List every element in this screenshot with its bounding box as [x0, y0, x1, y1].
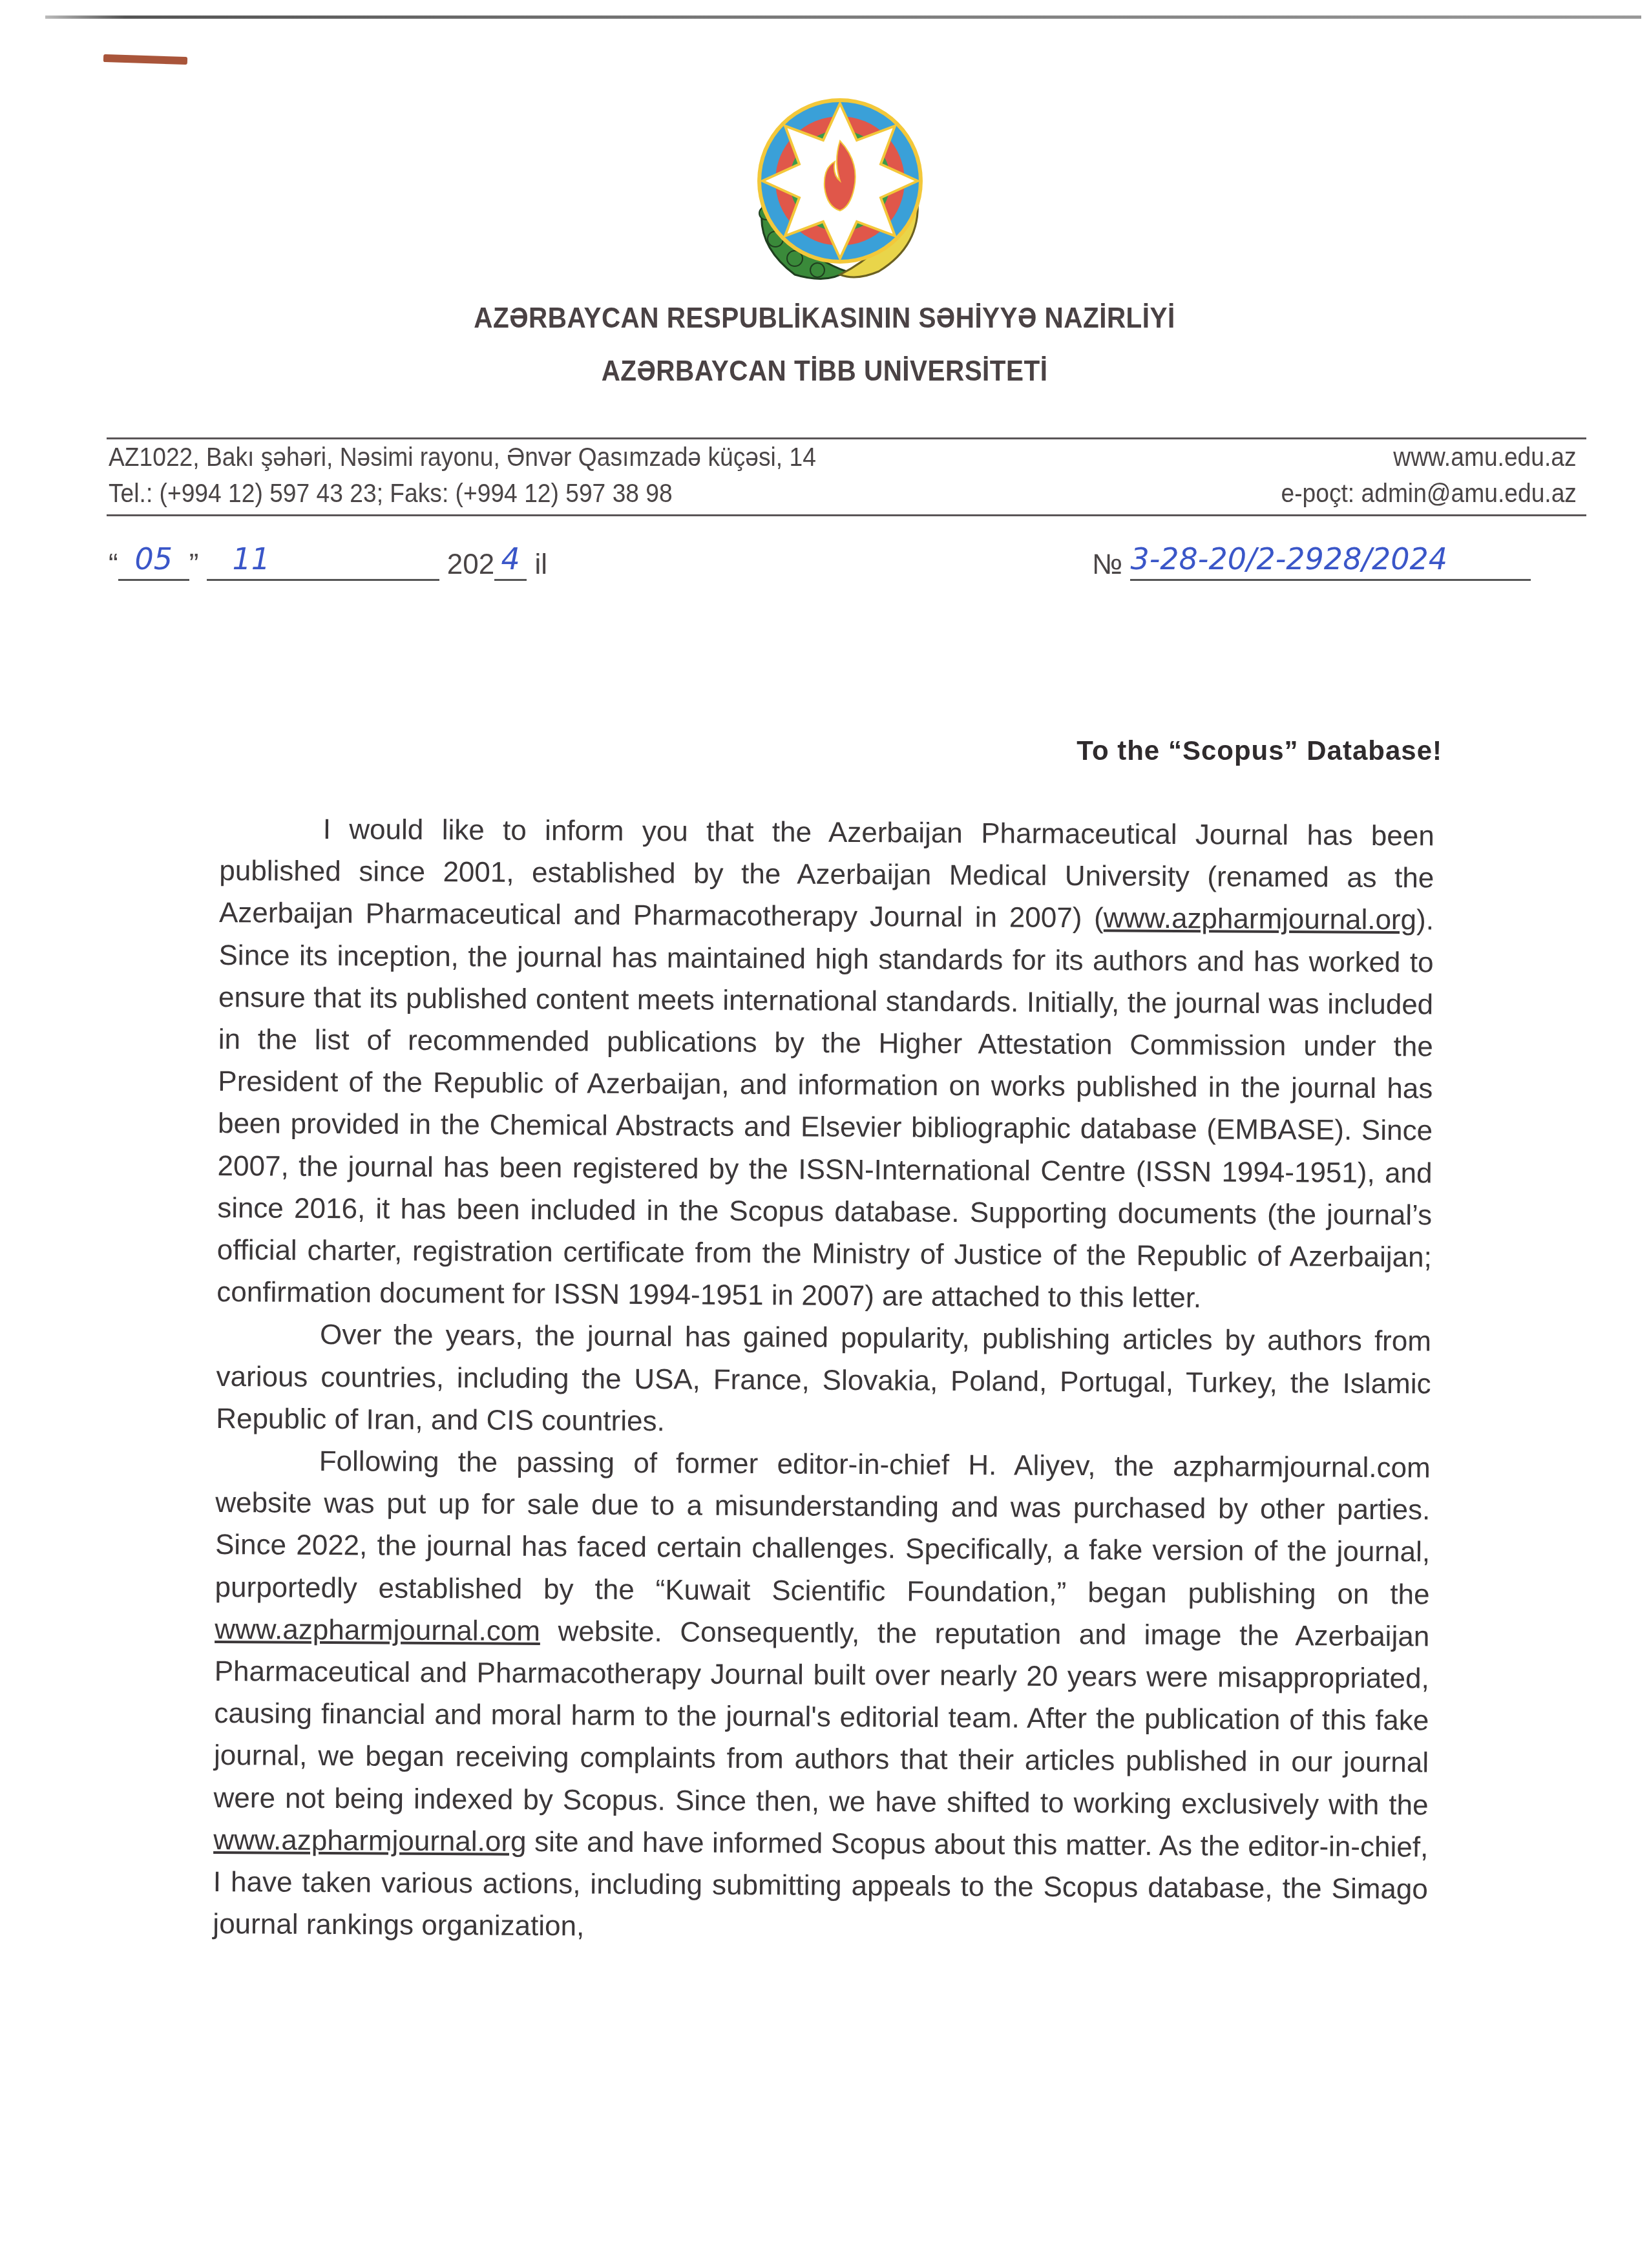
scan-mark	[103, 54, 187, 65]
university-title: AZƏRBAYCAN TİBB UNİVERSİTETİ	[66, 355, 1583, 388]
fake-journal-link[interactable]: www.azpharmjournal.com	[215, 1613, 540, 1647]
paragraph-1: I would like to inform you that the Azer…	[216, 808, 1434, 1321]
address-text: AZ1022, Bakı şəhəri, Nəsimi rayonu, Ənvə…	[109, 443, 816, 472]
date-month: 11	[233, 541, 271, 576]
date-quote-close: ”	[189, 549, 199, 580]
letter-date: “05” 11 2024 il	[109, 540, 547, 581]
date-year-prefix: 202	[447, 549, 494, 580]
journal-org-link-2[interactable]: www.azpharmjournal.org	[213, 1824, 527, 1858]
registration-number: № 3-28-20/2-2928/2024	[1092, 540, 1531, 581]
registration-value: 3-28-20/2-2928/2024	[1130, 541, 1447, 576]
email-text: e-poçt: admin@amu.edu.az	[1281, 479, 1577, 509]
website-text: www.amu.edu.az	[1394, 443, 1577, 472]
date-unit: il	[534, 549, 547, 580]
addressee: To the “Scopus” Database!	[1077, 735, 1442, 766]
scan-edge-line	[45, 16, 1641, 19]
date-year-suffix: 4	[501, 541, 520, 576]
phone-fax-text: Tel.: (+994 12) 597 43 23; Faks: (+994 1…	[109, 479, 673, 509]
ministry-title: AZƏRBAYCAN RESPUBLİKASININ SƏHİYYƏ NAZİR…	[66, 302, 1583, 335]
letter-body: I would like to inform you that the Azer…	[213, 808, 1434, 1953]
paragraph-2: Over the years, the journal has gained p…	[216, 1313, 1431, 1447]
header-divider-bottom	[107, 514, 1586, 516]
azerbaijan-coat-of-arms-icon	[737, 90, 943, 284]
header-divider-top	[107, 437, 1586, 439]
date-quote-open: “	[109, 549, 118, 580]
paragraph-3: Following the passing of former editor-i…	[213, 1440, 1431, 1953]
date-day: 05	[134, 541, 173, 576]
registration-label: №	[1092, 549, 1122, 580]
journal-org-link[interactable]: www.azpharmjournal.org	[1104, 903, 1417, 936]
